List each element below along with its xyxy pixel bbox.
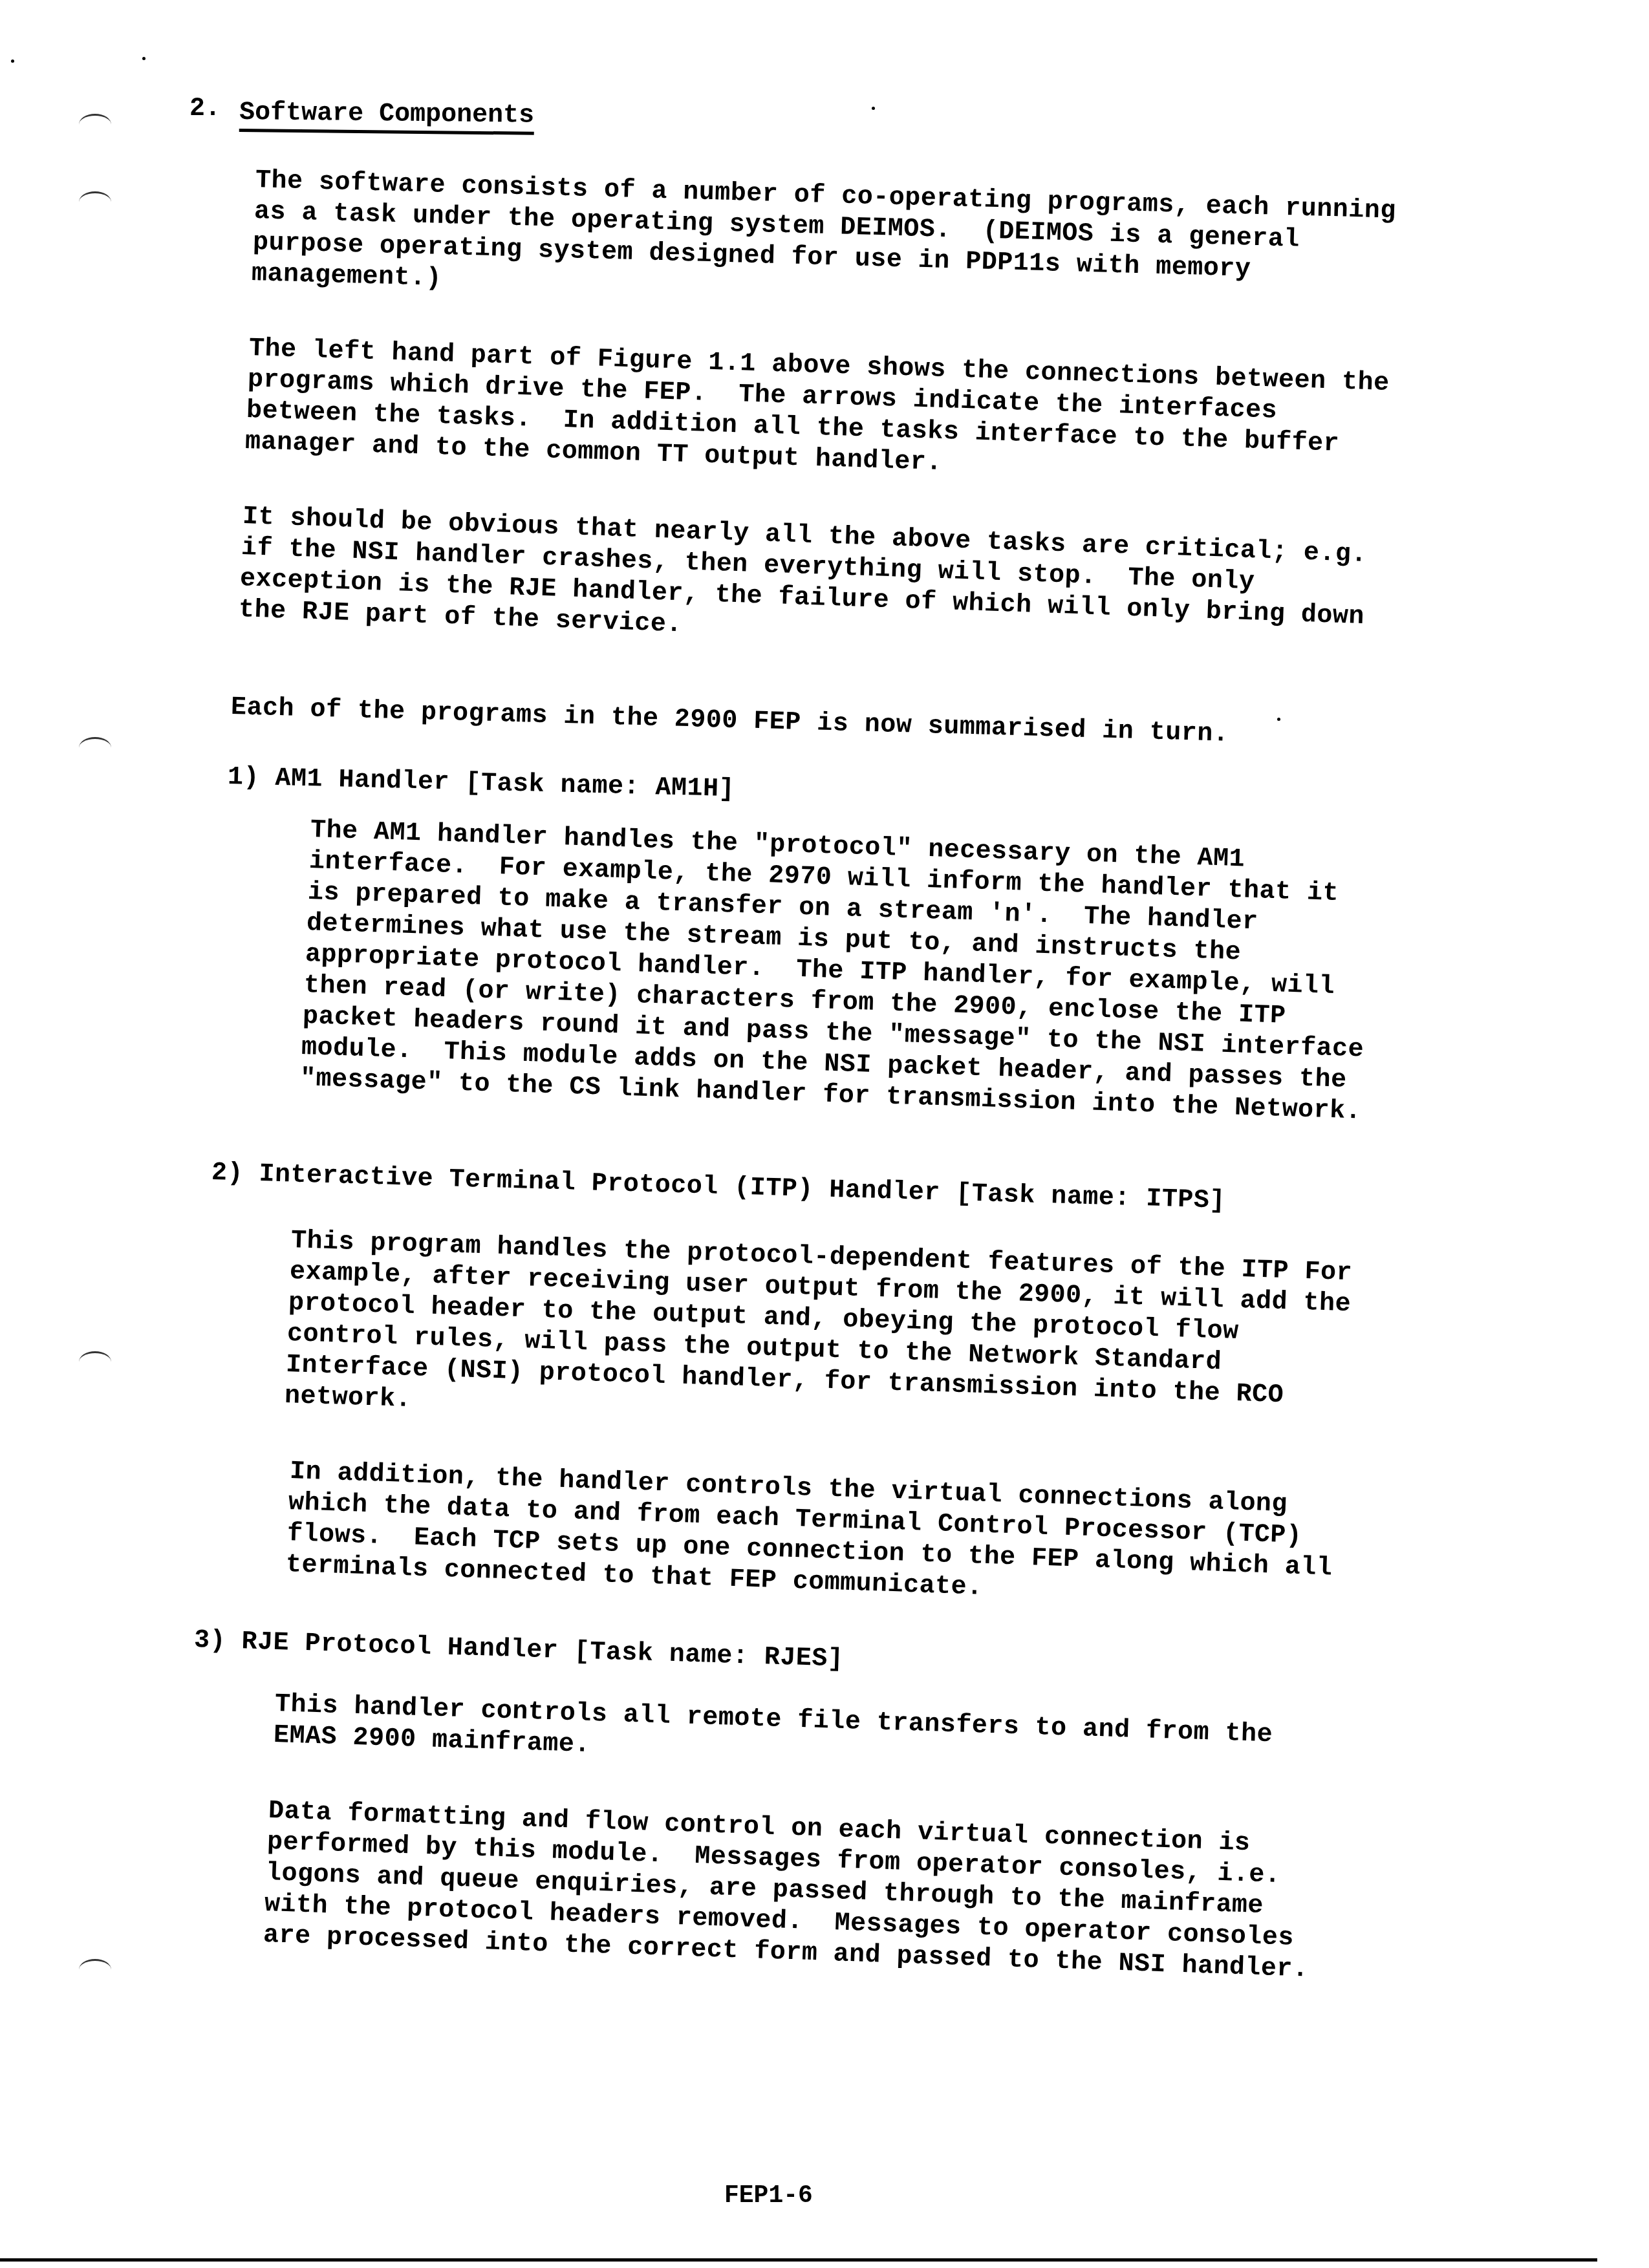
binder-hole-mark <box>79 737 111 758</box>
section-number: 2. <box>189 94 221 123</box>
paragraph-line: EMAS 2900 mainframe. <box>273 1723 590 1759</box>
paragraph-line: network. <box>284 1384 411 1413</box>
list-item-heading: 3) RJE Protocol Handler [Task name: RJES… <box>193 1628 843 1673</box>
list-item-heading: 1) AM1 Handler [Task name: AM1H] <box>228 765 735 803</box>
bottom-rule <box>0 2258 1597 2262</box>
binder-hole-mark <box>79 191 111 213</box>
binder-hole-mark <box>79 1351 111 1373</box>
scan-speck <box>872 107 875 110</box>
page-number: FEP1-6 <box>724 2182 813 2210</box>
scan-speck <box>11 59 14 63</box>
scan-speck <box>1277 718 1280 721</box>
section-title: Software Components <box>239 98 535 135</box>
paragraph-line: management.) <box>251 261 442 292</box>
list-item-heading: 2) Interactive Terminal Protocol (ITP) H… <box>211 1161 1225 1215</box>
paragraph-line: Each of the programs in the 2900 FEP is … <box>230 695 1229 748</box>
document-page: 2. Software Components The software cons… <box>0 0 1649 2268</box>
binder-hole-mark <box>79 114 111 135</box>
binder-hole-mark <box>79 1959 111 1980</box>
scan-speck <box>142 57 145 60</box>
